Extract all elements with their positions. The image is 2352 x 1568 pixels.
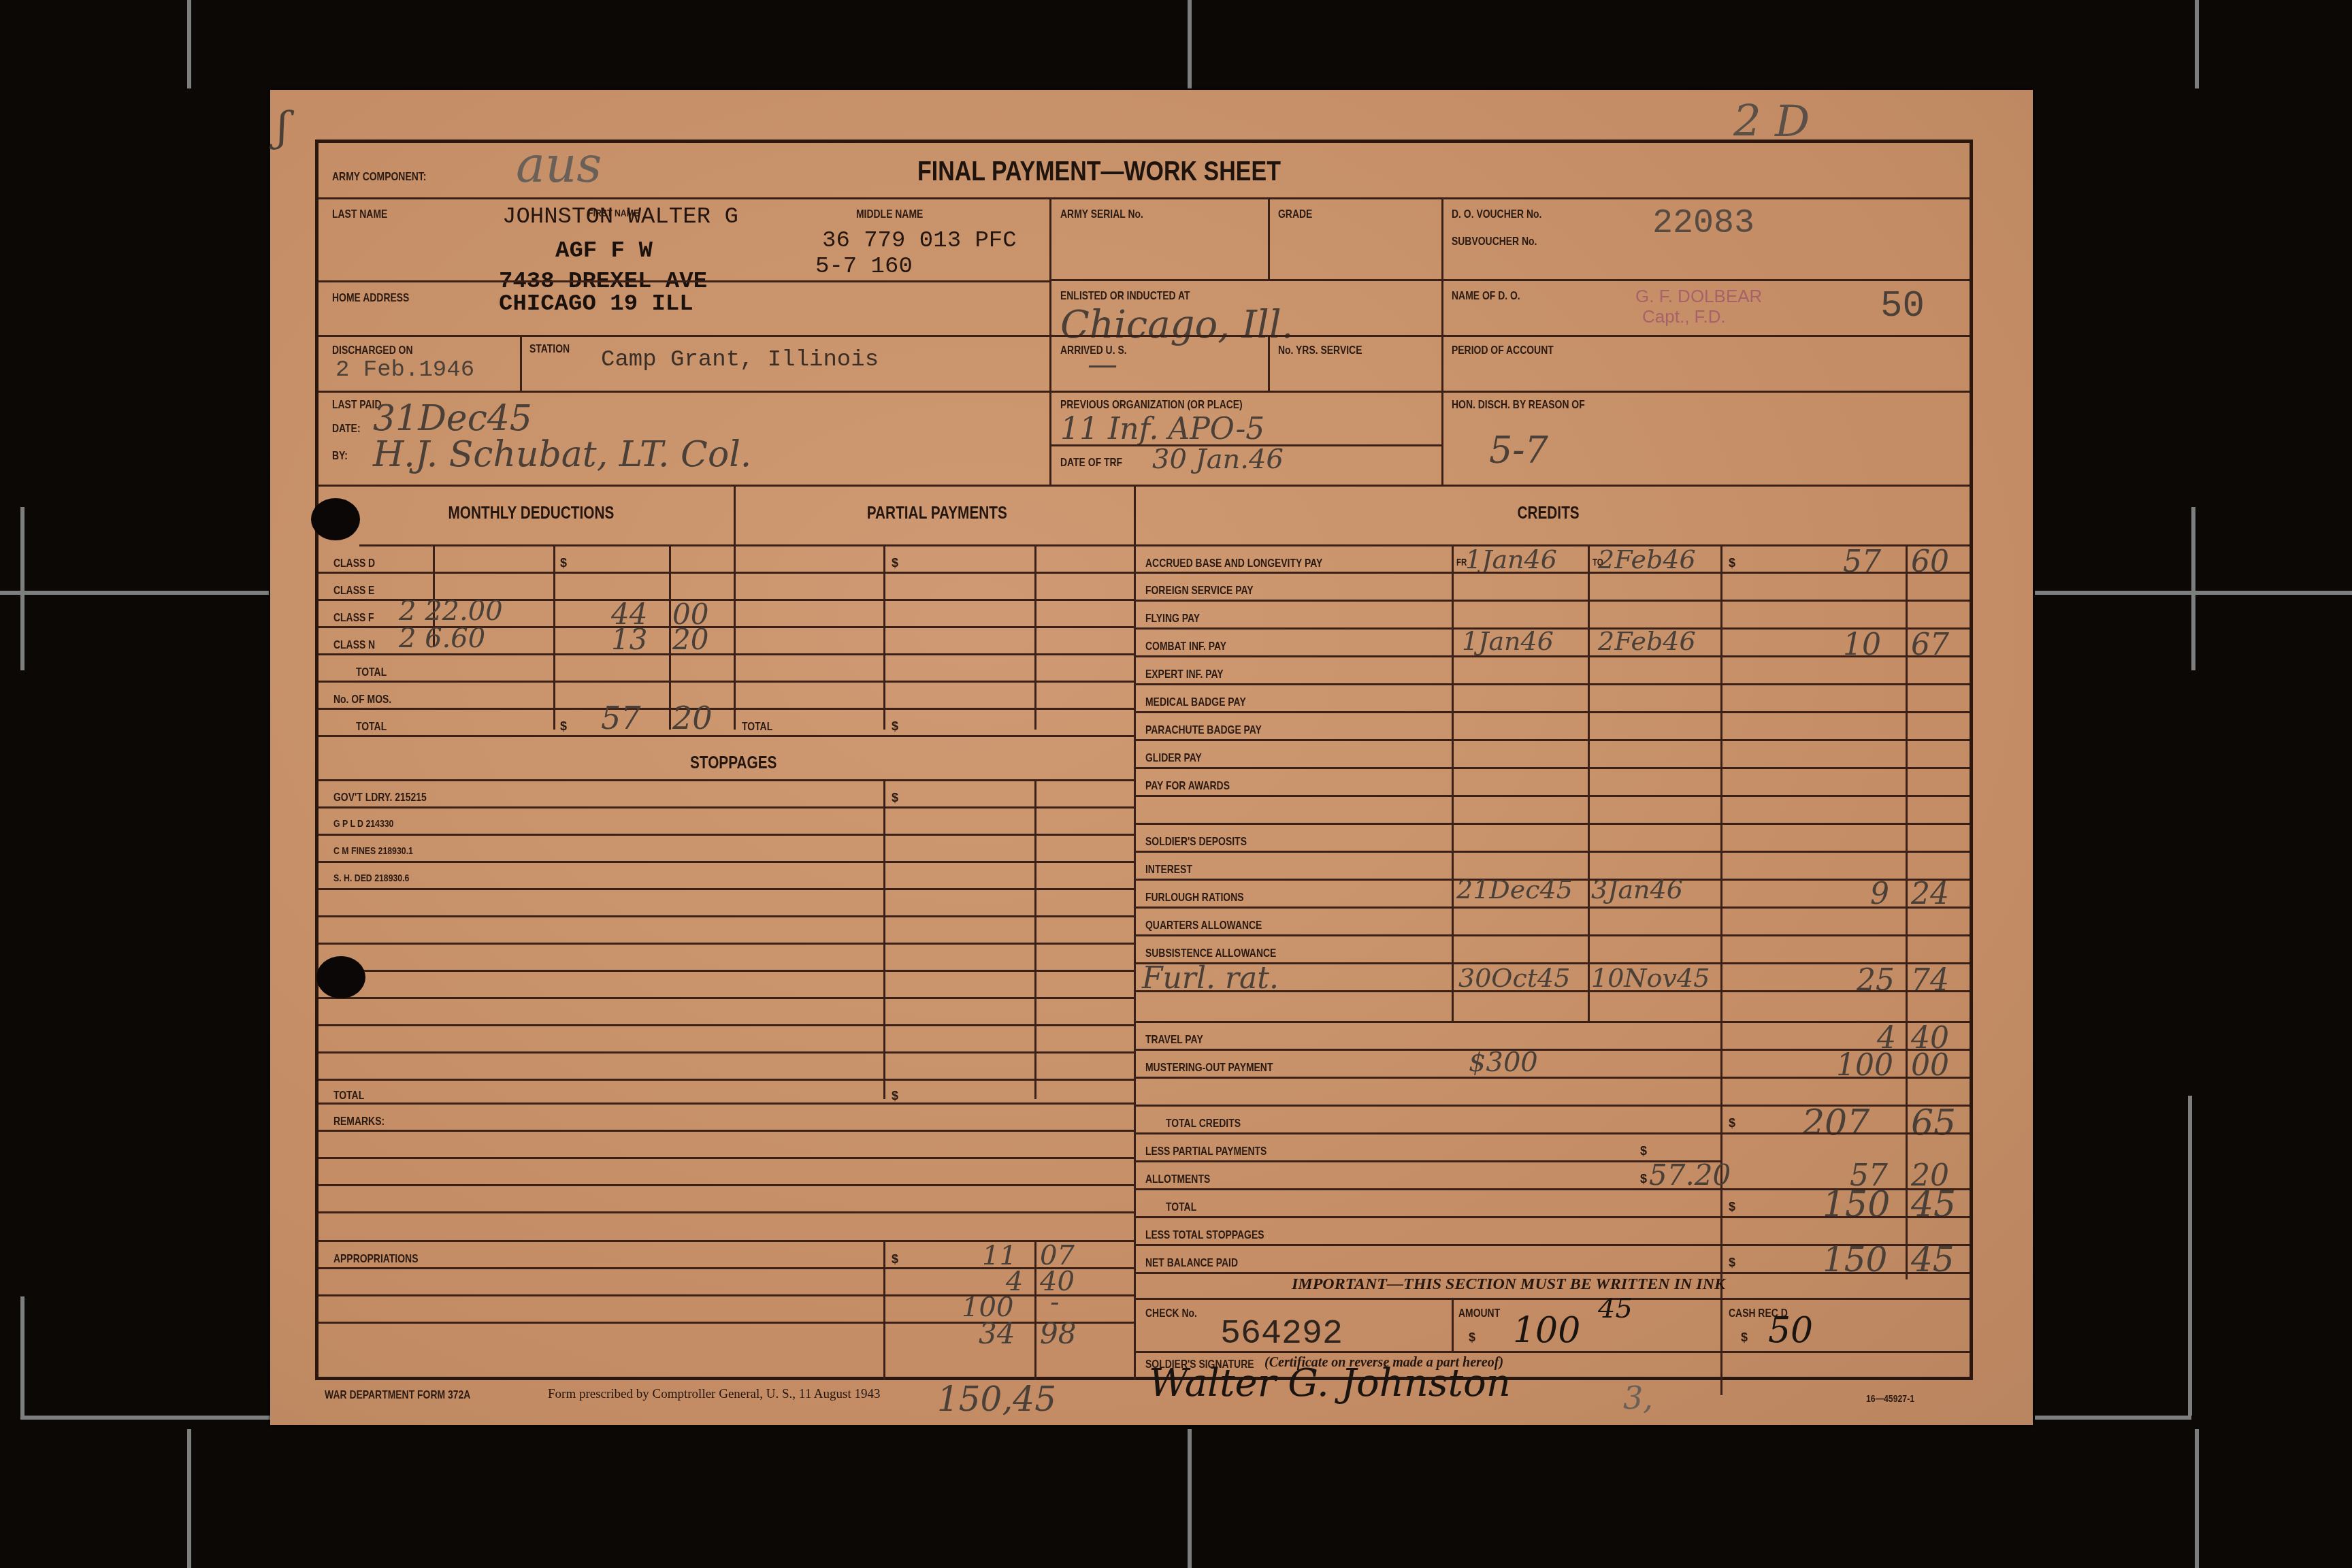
copystand-guide-line [187, 1429, 191, 1568]
rule [318, 1184, 1134, 1186]
discharged-value: 2 Feb.1946 [336, 357, 474, 383]
rule [1268, 197, 1270, 279]
last-name-label: LAST NAME [332, 208, 387, 221]
by-label: BY: [332, 449, 348, 463]
rule [318, 653, 1134, 655]
home-address-label: HOME ADDRESS [332, 291, 409, 305]
print-code: 16—45927-1 [1866, 1393, 1914, 1405]
enlisted-label: ENLISTED OR INDUCTED AT [1060, 289, 1190, 303]
rule [318, 1024, 1134, 1026]
rule [1134, 655, 1970, 657]
rule [318, 681, 1134, 683]
check-amount-cents: 45 [1598, 1293, 1633, 1324]
stoppage-sh-ded: S. H. DED 218930.6 [333, 872, 409, 884]
dollar-sign: $ [1741, 1330, 1748, 1345]
punch-hole [311, 498, 360, 540]
deductions-total-cents: 20 [672, 700, 713, 736]
arrived-us-value: — [1088, 347, 1117, 382]
form-title: FINAL PAYMENT—WORK SHEET [917, 157, 1281, 187]
credit-subsistence-allowance-label: SUBSISTENCE ALLOWANCE [1145, 947, 1276, 960]
copystand-guide-line [20, 507, 24, 670]
total-credits-cents: 65 [1911, 1102, 1956, 1143]
dollar-sign: $ [1469, 1330, 1475, 1345]
rule [1134, 683, 1970, 685]
rule [318, 779, 1134, 781]
check-no-label: CHECK No. [1145, 1307, 1197, 1320]
rule [318, 1102, 1134, 1105]
dollar-sign: $ [560, 719, 567, 734]
soldier-signature: Walter G. Johnston [1149, 1361, 1511, 1405]
check-no-value: 564292 [1220, 1315, 1343, 1354]
do-voucher-label: D. O. VOUCHER No. [1452, 208, 1541, 221]
rule [1049, 197, 1051, 485]
credit-furlough-rations-2-dollars: 25 [1857, 963, 1895, 998]
station-label: STATION [529, 342, 570, 356]
rule [1134, 739, 1970, 741]
dollar-sign: $ [1640, 1172, 1647, 1186]
copystand-guide-line [2195, 0, 2199, 88]
credit-combat-inf-to: 2Feb46 [1598, 626, 1696, 656]
rule [318, 335, 1970, 337]
summary-total-dollars: 150 [1823, 1184, 1890, 1225]
credit-medical-badge-label: MEDICAL BADGE PAY [1145, 696, 1246, 709]
army-serial-label: ARMY SERIAL No. [1060, 208, 1143, 221]
credit-glider-pay-label: GLIDER PAY [1145, 751, 1202, 765]
rule [1134, 767, 1970, 769]
middle-name-label: MIDDLE NAME [856, 208, 923, 221]
rule [1134, 795, 1970, 797]
rule [318, 1079, 1134, 1081]
dollar-sign: $ [892, 791, 898, 805]
rule [1134, 1160, 1720, 1162]
hon-disch-label: HON. DISCH. BY REASON OF [1452, 398, 1585, 412]
credit-accrued-base-from: 1Jan46 [1465, 544, 1557, 574]
allotments-inner-amount: 57.20 [1649, 1158, 1731, 1192]
stoppages-total-label: TOTAL [333, 1089, 364, 1102]
appropriation-4-dollars: 34 [979, 1317, 1015, 1350]
class-f-label: CLASS F [333, 611, 374, 625]
rule [1134, 906, 1970, 909]
rule [1134, 711, 1970, 713]
credit-accrued-base-dollars: 57 [1843, 544, 1881, 579]
deductions-subtotal-label: TOTAL [356, 666, 387, 679]
rule [318, 915, 1134, 917]
deductions-total-label: TOTAL [356, 720, 387, 734]
cash-received-value: 50 [1768, 1310, 1813, 1351]
remarks-label: REMARKS: [333, 1115, 385, 1128]
rule [318, 1211, 1134, 1213]
dollar-sign: $ [892, 1252, 898, 1267]
copystand-guide-line [2191, 507, 2195, 670]
rule [1441, 197, 1443, 485]
form-number: WAR DEPARTMENT FORM 372A [325, 1388, 470, 1402]
stoppages-title: STOPPAGES [690, 752, 777, 773]
rule [318, 834, 1134, 836]
dollar-sign: $ [892, 556, 898, 570]
copystand-guide-line [2035, 1416, 2191, 1420]
prescribed-by-note: Form prescribed by Comptroller General, … [548, 1387, 880, 1402]
previous-org-label: PREVIOUS ORGANIZATION (OR PLACE) [1060, 398, 1243, 412]
mustering-out-total: $300 [1469, 1047, 1538, 1078]
dollar-sign: $ [892, 1089, 898, 1103]
credit-expert-inf-label: EXPERT INF. PAY [1145, 668, 1224, 681]
rule [734, 485, 736, 730]
form-frame: ARMY COMPONENT: aus FINAL PAYMENT—WORK S… [315, 140, 1973, 1380]
last-paid-by: H.J. Schubat, LT. Col. [373, 434, 751, 475]
appropriation-3-cents: - [1050, 1286, 1060, 1318]
footer-total: 150,45 [937, 1379, 1056, 1419]
class-n-amount: 13 [611, 623, 647, 656]
check-amount-value: 100 [1513, 1310, 1580, 1351]
copystand-guide-line [2195, 1429, 2199, 1568]
dollar-sign: $ [892, 719, 898, 734]
dollar-sign: $ [560, 556, 567, 570]
partial-payments-total-label: TOTAL [742, 720, 772, 734]
appropriation-4-cents: 98 [1040, 1317, 1076, 1350]
credit-accrued-base-cents: 60 [1911, 544, 1949, 579]
copystand-guide-line [187, 0, 191, 88]
rule [318, 197, 1970, 199]
rule [1134, 1272, 1970, 1274]
copystand-guide-line [20, 1416, 272, 1420]
total-credits-dollars: 207 [1802, 1102, 1869, 1143]
rule [318, 1130, 1134, 1132]
credit-foreign-service-label: FOREIGN SERVICE PAY [1145, 584, 1254, 598]
rule [318, 572, 1134, 574]
hon-disch-value: 5-7 [1489, 429, 1548, 472]
station-value: Camp Grant, Illinois [601, 347, 879, 373]
summary-total-cents: 45 [1911, 1184, 1956, 1225]
rule [1134, 1216, 1970, 1218]
rule [359, 544, 1970, 546]
stoppage-laundry: GOV'T LDRY. 215215 [333, 791, 427, 804]
do-number: 50 [1880, 286, 1925, 327]
rule [1452, 544, 1454, 1021]
rule [1268, 335, 1270, 391]
disbursing-officer-stamp-name: G. F. DOLBEAR [1635, 286, 1762, 307]
credit-furlough-rations-2-from: 30Oct45 [1458, 963, 1570, 993]
last-paid-date: 31Dec45 [373, 398, 532, 439]
dollar-sign: $ [1729, 1116, 1735, 1130]
date-label: DATE: [332, 422, 361, 436]
rule [1588, 544, 1590, 1021]
address-line-2: CHICAGO 19 ILL [499, 291, 693, 317]
credit-furlough-rations-label: FURLOUGH RATIONS [1145, 891, 1244, 904]
class-n-cents: 20 [672, 623, 708, 656]
credit-soldiers-deposits-label: SOLDIER'S DEPOSITS [1145, 835, 1247, 849]
credit-combat-inf-from: 1Jan46 [1462, 626, 1554, 656]
subvoucher-label: SUBVOUCHER No. [1452, 235, 1537, 248]
dollar-sign: $ [1640, 1144, 1647, 1158]
rule [318, 888, 1134, 890]
less-total-stoppages-label: LESS TOTAL STOPPAGES [1145, 1228, 1264, 1242]
typed-code-line: AGF F W [555, 238, 653, 264]
rule [883, 1240, 885, 1380]
discharged-label: DISCHARGED ON [332, 344, 413, 357]
rule [1134, 600, 1970, 602]
rule [318, 943, 1134, 945]
rule [318, 861, 1134, 863]
rule [1049, 279, 1970, 281]
typed-line-3: 5-7 160 [815, 254, 913, 280]
travel-pay-label: TRAVEL PAY [1145, 1033, 1203, 1047]
rule [318, 806, 1134, 808]
stoppage-cm-fines: C M FINES 218930.1 [333, 845, 413, 857]
rule [318, 280, 1049, 282]
partial-payments-title: PARTIAL PAYMENTS [867, 502, 1007, 523]
rule [318, 997, 1134, 999]
copystand-guide-line [20, 1296, 24, 1419]
credit-furlough-rations-2-cents: 74 [1911, 963, 1949, 998]
date-of-trf-value: 30 Jan.46 [1152, 444, 1284, 475]
rule [318, 1157, 1134, 1159]
rule [1134, 1021, 1970, 1023]
less-partial-payments-label: LESS PARTIAL PAYMENTS [1145, 1145, 1267, 1158]
do-voucher-value: 22083 [1652, 204, 1754, 243]
ink-section-notice: IMPORTANT—THIS SECTION MUST BE WRITTEN I… [1292, 1275, 1725, 1294]
rule [1134, 1077, 1970, 1079]
serial-grade-typed: 36 779 013 PFC [822, 228, 1017, 254]
margin-check-mark: ʃ [277, 103, 288, 151]
credit-interest-label: INTEREST [1145, 863, 1192, 877]
rule [1134, 823, 1970, 825]
class-n-rate: 2 6.60 [399, 623, 485, 654]
rule [1134, 1132, 1970, 1134]
army-component-label: ARMY COMPONENT: [332, 170, 426, 184]
credit-parachute-badge-label: PARACHUTE BADGE PAY [1145, 723, 1262, 737]
payment-worksheet-paper: 2 D ʃ ARMY COMPONENT: aus FINAL PAYMENT—… [270, 90, 2033, 1425]
rule [1134, 851, 1970, 853]
class-n-label: CLASS N [333, 638, 375, 652]
rule [1720, 544, 1722, 1395]
rule [520, 335, 522, 391]
credit-combat-inf-label: COMBAT INF. PAY [1145, 640, 1226, 653]
rule [318, 970, 1134, 972]
rule [1906, 544, 1908, 1279]
credit-quarters-allowance-label: QUARTERS ALLOWANCE [1145, 919, 1262, 932]
copystand-guide-line [0, 591, 269, 595]
stoppage-gpld: G P L D 214330 [333, 818, 393, 830]
dollar-sign: $ [1729, 1256, 1735, 1270]
credit-furlough-rations-from: 21Dec45 [1456, 875, 1573, 904]
credit-accrued-base-to: 2Feb46 [1598, 544, 1696, 574]
credit-furlough-rations-2-to: 10Nov45 [1591, 963, 1710, 993]
rule [1134, 1351, 1970, 1353]
deductions-total-amount: 57 [601, 700, 641, 736]
credits-title: CREDITS [1517, 502, 1579, 523]
rule [1134, 934, 1970, 936]
dollar-sign: $ [1729, 1200, 1735, 1214]
years-service-label: No. YRS. SERVICE [1278, 344, 1362, 357]
rule [1134, 990, 1970, 992]
mustering-out-label: MUSTERING-OUT PAYMENT [1145, 1061, 1273, 1075]
period-of-account-label: PERIOD OF ACCOUNT [1452, 344, 1554, 357]
soldier-name: JOHNSTON WALTER G [502, 204, 738, 230]
army-component-value: aus [516, 136, 602, 193]
copystand-guide-line [1188, 1429, 1192, 1568]
credit-furlough-rations-to: 3Jan46 [1591, 875, 1683, 904]
grade-label: GRADE [1278, 208, 1312, 221]
copystand-guide-line [1188, 0, 1192, 88]
rule [318, 391, 1970, 393]
rule [1452, 1298, 1454, 1351]
monthly-deductions-title: MONTHLY DEDUCTIONS [448, 502, 614, 523]
name-of-do-label: NAME OF D. O. [1452, 289, 1520, 303]
dollar-sign: $ [1729, 556, 1735, 570]
summary-total-label: TOTAL [1166, 1200, 1196, 1214]
allotments-label: ALLOTMENTS [1145, 1173, 1210, 1186]
enlisted-value: Chicago, Ill. [1060, 303, 1293, 347]
rule [318, 485, 1970, 487]
rule [318, 735, 1134, 737]
class-d-label: CLASS D [333, 557, 375, 570]
page-mark: 3, [1623, 1379, 1653, 1416]
disbursing-officer-stamp-rank: Capt., F.D. [1642, 306, 1726, 327]
class-e-label: CLASS E [333, 584, 374, 598]
rule [1134, 1298, 1970, 1300]
punch-hole [316, 956, 365, 998]
appropriations-label: APPROPRIATIONS [333, 1252, 418, 1266]
rule [318, 708, 1134, 710]
rule [1034, 1240, 1036, 1380]
credit-accrued-base-label: ACCRUED BASE AND LONGEVITY PAY [1145, 557, 1322, 570]
previous-org-value: 11 Inf. APO-5 [1060, 412, 1264, 446]
rule [318, 1051, 1134, 1053]
rule [1134, 572, 1970, 574]
total-credits-label: TOTAL CREDITS [1166, 1117, 1241, 1130]
amount-label: AMOUNT [1458, 1307, 1500, 1320]
copystand-guide-line [2188, 1096, 2192, 1416]
no-of-months-label: No. OF MOS. [333, 693, 391, 706]
net-balance-label: NET BALANCE PAID [1145, 1256, 1238, 1270]
credit-pay-for-awards-label: PAY FOR AWARDS [1145, 779, 1230, 793]
credit-flying-pay-label: FLYING PAY [1145, 612, 1200, 625]
date-of-trf-label: DATE OF TRF [1060, 456, 1122, 470]
